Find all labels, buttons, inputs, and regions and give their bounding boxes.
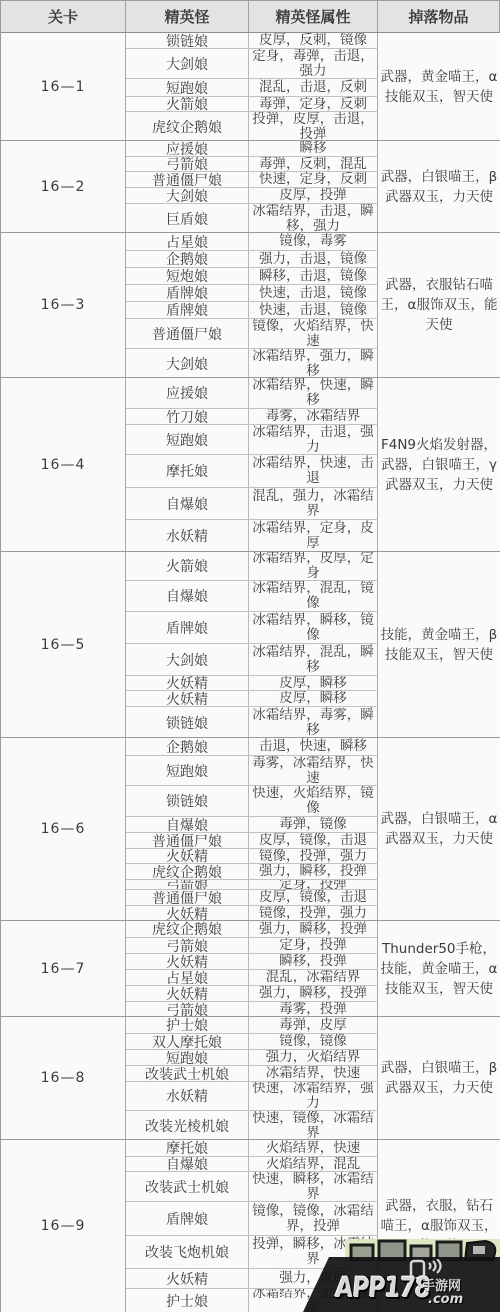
- monster-name-cell: 火妖精: [126, 849, 249, 863]
- level-cell: 16—8: [1, 1017, 126, 1139]
- section-16-6: 16—6企鹅娘击退，快速，瞬移短跑娘毒雾，冰霜结界，快速锁链娘快速，火焰结界，镜…: [1, 738, 500, 921]
- table-row: 火妖精镜像，投弹，强力: [126, 848, 378, 863]
- table-row: 火妖精强力，瞬移，投弹: [126, 985, 378, 1001]
- table-row: 水妖精快速，冰霜结界，强力: [126, 1081, 378, 1110]
- column-header: 掉落物品: [378, 1, 500, 32]
- column-header: 精英怪属性: [249, 1, 378, 32]
- monster-name-cell: 锁链娘: [126, 33, 249, 48]
- column-header: 关卡: [1, 1, 126, 32]
- table-row: 短跑娘混乱，击退，反刺: [126, 78, 378, 96]
- monster-attrs-text: 冰霜结界，混乱，瞬移: [249, 645, 377, 675]
- drop-items-cell: 武器，白银喵王，β武器双玉，力天使: [378, 141, 500, 232]
- monster-attrs-text: 毒弹，反刺，混乱: [257, 157, 369, 171]
- monster-attrs-cell: 快速，镜像，冰霜结界: [249, 1111, 378, 1139]
- drop-items-text: F4N9火焰发射器，武器，白银喵王，γ武器双玉，力天使: [378, 435, 500, 495]
- monster-attrs-text: 皮厚，瞬移: [277, 691, 349, 706]
- monster-attrs-cell: 混乱，冰霜结界: [249, 970, 378, 985]
- table-row: 护士娘毒弹，皮厚: [126, 1017, 378, 1033]
- level-cell: 16—6: [1, 738, 126, 920]
- monster-name-cell: 摩托娘: [126, 1140, 249, 1156]
- monster-attrs-cell: 镜像，镜像，冰霜结界，投弹: [249, 1202, 378, 1235]
- table-row: 大剑娘冰霜结界，强力，瞬移: [126, 348, 378, 377]
- monster-name-cell: 火妖精: [126, 691, 249, 706]
- table-row: 水妖精冰霜结界，定身，皮厚: [126, 519, 378, 551]
- section-16-2: 16—2应援娘瞬移弓箭娘毒弹，反刺，混乱普通僵尸娘快速，定身，反刺大剑娘皮厚，投…: [1, 141, 500, 233]
- monster-attrs-cell: 快速，冰霜结界，强力: [249, 1082, 378, 1110]
- monster-attrs-text: 毒雾，冰霜结界: [264, 409, 363, 424]
- table-row: 盾牌娘镜像，镜像，冰霜结界，投弹: [126, 1201, 378, 1235]
- monster-rows: 企鹅娘击退，快速，瞬移短跑娘毒雾，冰霜结界，快速锁链娘快速，火焰结界，镜像自爆娘…: [126, 738, 378, 920]
- table-row: 虎纹企鹅娘强力，瞬移，投弹: [126, 921, 378, 937]
- table-row: 弓箭娘毒雾，投弹: [126, 1001, 378, 1016]
- table-row: 盾牌娘快速，击退，镜像: [126, 301, 378, 318]
- monster-name-cell: 自爆娘: [126, 1157, 249, 1171]
- monster-name-cell: 短跑娘: [126, 79, 249, 96]
- monster-attrs-cell: 定身，毒弹，击退，强力: [249, 49, 378, 78]
- monster-name-cell: 普通僵尸娘: [126, 833, 249, 848]
- monster-attrs-cell: 皮厚，瞬移: [249, 676, 378, 690]
- monster-attrs-text: 冰霜结界，快速: [264, 1066, 363, 1081]
- monster-attrs-cell: 投弹，皮厚，击退，投弹: [249, 112, 378, 140]
- table-row: 虎纹企鹅娘强力，瞬移，投弹: [126, 863, 378, 879]
- monster-name-cell: 虎纹企鹅娘: [126, 112, 249, 140]
- monster-name-cell: 水妖精: [126, 520, 249, 551]
- monster-attrs-text: 皮厚，镜像，击退: [257, 833, 369, 848]
- monster-attrs-text: 冰霜结界，毒雾，瞬移: [249, 708, 377, 738]
- monster-attrs-text: 镜像，毒雾: [277, 234, 349, 249]
- monster-attrs-text: 强力，瞬移，投弹: [257, 986, 369, 1001]
- monster-name-cell: 普通僵尸娘: [126, 890, 249, 905]
- drop-items-text: 武器，黄金喵王，α技能双玉，智天使: [378, 67, 500, 107]
- monster-attrs-text: 冰霜结界，皮厚，定身: [249, 552, 377, 580]
- monster-name-cell: 火妖精: [126, 954, 249, 969]
- monster-name-cell: 应援娘: [126, 378, 249, 408]
- monster-attrs-text: 强力，击退，镜像: [257, 252, 369, 267]
- monster-attrs-text: 瞬移，投弹: [277, 954, 349, 969]
- table-row: 企鹅娘击退，快速，瞬移: [126, 738, 378, 755]
- monster-attrs-cell: 冰霜结界，瞬移，镜像: [249, 612, 378, 643]
- monster-attrs-text: 毒弹，定身，反刺: [257, 97, 369, 111]
- monster-name-cell: 改装飞炮机娘: [126, 1236, 249, 1268]
- monster-attrs-cell: 冰霜结界，快速，击退: [249, 455, 378, 487]
- table-row: 自爆娘混乱，强力，冰霜结界: [126, 487, 378, 519]
- monster-attrs-text: 强力，瞬移，投弹: [257, 864, 369, 879]
- monster-name-cell: 企鹅娘: [126, 251, 249, 267]
- monster-name-cell: 双人摩托娘: [126, 1034, 249, 1049]
- monster-attrs-cell: 毒雾，冰霜结界: [249, 409, 378, 424]
- monster-attrs-text: 快速，冰霜结界，强力: [249, 1082, 377, 1110]
- monster-attrs-cell: 快速，定身，反刺: [249, 172, 378, 187]
- monster-name-cell: 短跑娘: [126, 1050, 249, 1065]
- monster-attrs-text: 冰霜结界，瞬移，镜像: [249, 613, 377, 643]
- table-row: 应援娘瞬移: [126, 141, 378, 156]
- monster-name-cell: 虎纹企鹅娘: [126, 864, 249, 879]
- table-row: 火妖精镜像，投弹，强力: [126, 905, 378, 920]
- table-row: 普通僵尸娘快速，定身，反刺: [126, 171, 378, 187]
- level-cell: 16—5: [1, 552, 126, 737]
- table-row: 摩托娘火焰结界，快速: [126, 1140, 378, 1156]
- table-row: 自爆娘毒弹，镜像: [126, 816, 378, 832]
- drop-items-text: Thunder50手枪，技能，黄金喵王，α技能双玉，智天使: [378, 939, 500, 999]
- monster-attrs-cell: 快速，击退，镜像: [249, 302, 378, 318]
- monster-name-cell: 盾牌娘: [126, 612, 249, 643]
- monster-attrs-cell: 镜像，镜像: [249, 1034, 378, 1049]
- monster-attrs-cell: 定身，投弹: [249, 880, 378, 889]
- monster-attrs-text: 快速，火焰结界，镜像: [249, 786, 377, 816]
- monster-attrs-cell: 毒雾，冰霜结界，快速: [249, 756, 378, 785]
- monster-attrs-text: 镜像，投弹，强力: [257, 849, 369, 863]
- monster-attrs-cell: 强力，瞬移，投弹: [249, 864, 378, 879]
- monster-name-cell: 改装光棱机娘: [126, 1111, 249, 1139]
- table-body: 16—1锁链娘皮厚，反刺，镜像大剑娘定身，毒弹，击退，强力短跑娘混乱，击退，反刺…: [1, 33, 500, 1312]
- monster-name-cell: 弓箭娘: [126, 157, 249, 171]
- monster-attrs-text: 皮厚，瞬移: [277, 676, 349, 690]
- drop-items-text: 武器，白银喵王，β武器双玉，力天使: [378, 1058, 500, 1098]
- table-row: 改装武士机娘冰霜结界，快速: [126, 1065, 378, 1081]
- monster-attrs-text: 混乱，强力，冰霜结界: [249, 489, 377, 519]
- table-row: 摩托娘冰霜结界，快速，击退: [126, 454, 378, 487]
- monster-name-cell: 盾牌娘: [126, 285, 249, 301]
- monster-attrs-text: 混乱，击退，反刺: [257, 80, 369, 95]
- monster-attrs-text: 快速，击退，镜像: [257, 286, 369, 301]
- monster-name-cell: 火妖精: [126, 986, 249, 1001]
- drop-items-cell: 技能，黄金喵王，β技能双玉，智天使: [378, 552, 500, 737]
- table-row: 弓箭娘定身，投弹: [126, 879, 378, 889]
- table-row: 竹刀娘毒雾，冰霜结界: [126, 408, 378, 424]
- monster-name-cell: 火妖精: [126, 676, 249, 690]
- monster-attrs-text: 冰霜结界，击退，强力: [249, 425, 377, 454]
- monster-name-cell: 短跑娘: [126, 425, 249, 454]
- monster-attrs-cell: 镜像，毒雾: [249, 233, 378, 250]
- monster-attrs-text: 快速，定身，反刺: [257, 172, 369, 187]
- monster-attrs-text: 击退，快速，瞬移: [257, 739, 369, 754]
- monster-name-cell: 普通僵尸娘: [126, 319, 249, 348]
- monster-attrs-text: 皮厚，反刺，镜像: [257, 33, 369, 48]
- monster-name-cell: 普通僵尸娘: [126, 172, 249, 187]
- monster-attrs-text: 定身，投弹: [277, 938, 349, 953]
- monster-attrs-cell: 毒弹，反刺，混乱: [249, 157, 378, 171]
- table-row: 短跑娘强力，火焰结界: [126, 1049, 378, 1065]
- section-16-7: 16—7虎纹企鹅娘强力，瞬移，投弹弓箭娘定身，投弹火妖精瞬移，投弹占星娘混乱，冰…: [1, 921, 500, 1017]
- monster-attrs-cell: 瞬移: [249, 141, 378, 156]
- section-16-3: 16—3占星娘镜像，毒雾企鹅娘强力，击退，镜像短炮娘瞬移，击退，镜像盾牌娘快速，…: [1, 233, 500, 378]
- monster-attrs-text: 皮厚，投弹: [277, 188, 349, 203]
- monster-name-cell: 弓箭娘: [126, 938, 249, 953]
- monster-attrs-text: 瞬移，击退，镜像: [257, 269, 369, 284]
- monster-name-cell: 大剑娘: [126, 349, 249, 377]
- monster-attrs-text: 皮厚，镜像，击退: [257, 890, 369, 905]
- table-row: 短跑娘冰霜结界，击退，强力: [126, 424, 378, 454]
- monster-attrs-text: 强力，火焰结界: [264, 1050, 363, 1065]
- drop-items-text: 武器，衣服钻石喵王，α服饰双玉，能天使: [378, 275, 500, 335]
- monster-attrs-cell: 快速，瞬移，冰霜结界: [249, 1172, 378, 1201]
- table-row: 弓箭娘定身，投弹: [126, 937, 378, 953]
- table-row: 企鹅娘强力，击退，镜像: [126, 250, 378, 267]
- monster-name-cell: 巨盾娘: [126, 204, 249, 232]
- monster-attrs-cell: 冰霜结界，快速，瞬移: [249, 378, 378, 408]
- monster-attrs-text: 镜像，镜像，冰霜结界，投弹: [249, 1204, 377, 1234]
- monster-attrs-cell: 毒弹，定身，反刺: [249, 97, 378, 111]
- monster-attrs-cell: 冰霜结界，快速: [249, 1066, 378, 1081]
- table-row: 火箭娘冰霜结界，皮厚，定身: [126, 552, 378, 580]
- level-cell: 16—3: [1, 233, 126, 377]
- monster-attrs-cell: 快速，火焰结界，镜像: [249, 786, 378, 816]
- monster-attrs-cell: 皮厚，瞬移: [249, 691, 378, 706]
- table-row: 双人摩托娘镜像，镜像: [126, 1033, 378, 1049]
- monster-name-cell: 弓箭娘: [126, 1002, 249, 1016]
- monster-name-cell: 火箭娘: [126, 97, 249, 111]
- watermark-badge: APP178 手游网 .com: [303, 1257, 500, 1312]
- monster-name-cell: 护士娘: [126, 1289, 249, 1312]
- monster-name-cell: 锁链娘: [126, 707, 249, 737]
- table-row: 占星娘混乱，冰霜结界: [126, 969, 378, 985]
- monster-attrs-cell: 皮厚，镜像，击退: [249, 833, 378, 848]
- monster-attrs-cell: 毒雾，投弹: [249, 1002, 378, 1016]
- table-row: 自爆娘冰霜结界，混乱，镜像: [126, 580, 378, 611]
- monster-attrs-text: 毒弹，镜像: [277, 817, 349, 832]
- column-header: 精英怪: [126, 1, 249, 32]
- table-row: 改装光棱机娘快速，镜像，冰霜结界: [126, 1110, 378, 1139]
- drop-items-cell: 武器，白银喵王，α武器双玉，力天使: [378, 738, 500, 920]
- monster-attrs-cell: 皮厚，投弹: [249, 188, 378, 203]
- watermark-brand-text: APP178: [334, 1271, 431, 1304]
- monster-attrs-cell: 火焰结界，混乱: [249, 1157, 378, 1171]
- monster-attrs-text: 强力，瞬移，投弹: [257, 922, 369, 937]
- monster-name-cell: 火箭娘: [126, 552, 249, 580]
- monster-rows: 应援娘冰霜结界，快速，瞬移竹刀娘毒雾，冰霜结界短跑娘冰霜结界，击退，强力摩托娘冰…: [126, 378, 378, 551]
- section-16-4: 16—4应援娘冰霜结界，快速，瞬移竹刀娘毒雾，冰霜结界短跑娘冰霜结界，击退，强力…: [1, 378, 500, 552]
- section-16-1: 16—1锁链娘皮厚，反刺，镜像大剑娘定身，毒弹，击退，强力短跑娘混乱，击退，反刺…: [1, 33, 500, 141]
- monster-rows: 占星娘镜像，毒雾企鹅娘强力，击退，镜像短炮娘瞬移，击退，镜像盾牌娘快速，击退，镜…: [126, 233, 378, 377]
- table-row: 大剑娘定身，毒弹，击退，强力: [126, 48, 378, 78]
- watermark-domain-suffix: .com: [428, 1292, 463, 1307]
- monster-attrs-cell: 瞬移，投弹: [249, 954, 378, 969]
- monster-attrs-text: 定身，投弹: [277, 880, 349, 889]
- monster-attrs-cell: 冰霜结界，皮厚，定身: [249, 552, 378, 580]
- table-row: 虎纹企鹅娘投弹，皮厚，击退，投弹: [126, 111, 378, 140]
- monster-name-cell: 自爆娘: [126, 488, 249, 519]
- monster-name-cell: 自爆娘: [126, 581, 249, 611]
- drop-items-text: 技能，黄金喵王，β技能双玉，智天使: [378, 625, 500, 665]
- monster-name-cell: 改装武士机娘: [126, 1066, 249, 1081]
- monster-attrs-cell: 冰霜结界，毒雾，瞬移: [249, 707, 378, 737]
- table-row: 火妖精瞬移，投弹: [126, 953, 378, 969]
- monster-attrs-cell: 冰霜结界，混乱，瞬移: [249, 644, 378, 675]
- level-cell: 16—7: [1, 921, 126, 1016]
- monster-attrs-text: 火焰结界，快速: [264, 1141, 363, 1156]
- monster-attrs-cell: 混乱，击退，反刺: [249, 79, 378, 96]
- table-row: 火箭娘毒弹，定身，反刺: [126, 96, 378, 111]
- monster-name-cell: 盾牌娘: [126, 302, 249, 318]
- monster-attrs-text: 冰霜结界，混乱，镜像: [249, 581, 377, 611]
- monster-attrs-cell: 强力，瞬移，投弹: [249, 921, 378, 937]
- drop-items-text: 武器，白银喵王，α武器双玉，力天使: [378, 809, 500, 849]
- monster-attrs-text: 快速，瞬移，冰霜结界: [249, 1172, 377, 1201]
- monster-attrs-cell: 火焰结界，快速: [249, 1140, 378, 1156]
- monster-attrs-cell: 击退，快速，瞬移: [249, 738, 378, 755]
- table-row: 巨盾娘冰霜结界，击退，瞬移，强力: [126, 203, 378, 232]
- monster-attrs-text: 混乱，冰霜结界: [264, 970, 363, 985]
- monster-attrs-cell: 皮厚，镜像，击退: [249, 890, 378, 905]
- monster-attrs-cell: 镜像，投弹，强力: [249, 849, 378, 863]
- table-row: 改装武士机娘快速，瞬移，冰霜结界: [126, 1171, 378, 1201]
- section-16-5: 16—5火箭娘冰霜结界，皮厚，定身自爆娘冰霜结界，混乱，镜像盾牌娘冰霜结界，瞬移…: [1, 552, 500, 738]
- monster-attrs-cell: 冰霜结界，击退，强力: [249, 425, 378, 454]
- monster-name-cell: 短炮娘: [126, 268, 249, 284]
- monster-name-cell: 大剑娘: [126, 188, 249, 203]
- table-row: 火妖精皮厚，瞬移: [126, 675, 378, 690]
- monster-attrs-text: 镜像，投弹，强力: [257, 906, 369, 920]
- monster-name-cell: 短跑娘: [126, 756, 249, 785]
- monster-name-cell: 占星娘: [126, 233, 249, 250]
- level-cell: 16—1: [1, 33, 126, 140]
- drop-items-text: 武器，白银喵王，β武器双玉，力天使: [378, 167, 500, 207]
- monster-attrs-text: 镜像，镜像: [277, 1034, 349, 1049]
- table-row: 普通僵尸娘皮厚，镜像，击退: [126, 889, 378, 905]
- screenshot-root: 关卡精英怪精英怪属性掉落物品 16—1锁链娘皮厚，反刺，镜像大剑娘定身，毒弹，击…: [0, 0, 500, 1312]
- table-row: 普通僵尸娘镜像，火焰结界，快速: [126, 318, 378, 348]
- monster-attrs-cell: 皮厚，反刺，镜像: [249, 33, 378, 48]
- monster-attrs-cell: 瞬移，击退，镜像: [249, 268, 378, 284]
- monster-attrs-text: 快速，镜像，冰霜结界: [249, 1111, 377, 1139]
- monster-name-cell: 火妖精: [126, 1269, 249, 1288]
- section-16-8: 16—8护士娘毒弹，皮厚双人摩托娘镜像，镜像短跑娘强力，火焰结界改装武士机娘冰霜…: [1, 1017, 500, 1140]
- monster-name-cell: 火妖精: [126, 906, 249, 920]
- monster-attrs-cell: 镜像，投弹，强力: [249, 906, 378, 920]
- monster-rows: 锁链娘皮厚，反刺，镜像大剑娘定身，毒弹，击退，强力短跑娘混乱，击退，反刺火箭娘毒…: [126, 33, 378, 140]
- drop-items-cell: 武器，白银喵王，β武器双玉，力天使: [378, 1017, 500, 1139]
- table-row: 占星娘镜像，毒雾: [126, 233, 378, 250]
- table-row: 锁链娘快速，火焰结界，镜像: [126, 785, 378, 816]
- drop-items-cell: F4N9火焰发射器，武器，白银喵王，γ武器双玉，力天使: [378, 378, 500, 551]
- table-header-row: 关卡精英怪精英怪属性掉落物品: [1, 1, 500, 33]
- monster-attrs-text: 火焰结界，混乱: [264, 1157, 363, 1171]
- monster-name-cell: 水妖精: [126, 1082, 249, 1110]
- monster-name-cell: 大剑娘: [126, 49, 249, 78]
- table-row: 盾牌娘快速，击退，镜像: [126, 284, 378, 301]
- drop-items-cell: Thunder50手枪，技能，黄金喵王，α技能双玉，智天使: [378, 921, 500, 1016]
- monster-name-cell: 锁链娘: [126, 786, 249, 816]
- monster-name-cell: 企鹅娘: [126, 738, 249, 755]
- monster-name-cell: 占星娘: [126, 970, 249, 985]
- monster-attrs-cell: 混乱，强力，冰霜结界: [249, 488, 378, 519]
- monster-name-cell: 摩托娘: [126, 455, 249, 487]
- monster-name-cell: 自爆娘: [126, 817, 249, 832]
- monster-attrs-cell: 冰霜结界，强力，瞬移: [249, 349, 378, 377]
- monster-name-cell: 盾牌娘: [126, 1202, 249, 1235]
- monster-attrs-text: 冰霜结界，快速，击退: [249, 456, 377, 486]
- monster-attrs-cell: 快速，击退，镜像: [249, 285, 378, 301]
- monster-name-cell: 护士娘: [126, 1017, 249, 1033]
- table-row: 自爆娘火焰结界，混乱: [126, 1156, 378, 1171]
- monster-attrs-cell: 强力，击退，镜像: [249, 251, 378, 267]
- monster-attrs-cell: 强力，火焰结界: [249, 1050, 378, 1065]
- monster-attrs-text: 毒雾，投弹: [277, 1002, 349, 1016]
- monster-attrs-cell: 毒弹，皮厚: [249, 1017, 378, 1033]
- monster-name-cell: 虎纹企鹅娘: [126, 921, 249, 937]
- table-row: 锁链娘冰霜结界，毒雾，瞬移: [126, 706, 378, 737]
- monster-rows: 虎纹企鹅娘强力，瞬移，投弹弓箭娘定身，投弹火妖精瞬移，投弹占星娘混乱，冰霜结界火…: [126, 921, 378, 1016]
- monster-attrs-text: 瞬移: [298, 141, 329, 156]
- monster-attrs-cell: 冰霜结界，定身，皮厚: [249, 520, 378, 551]
- monster-rows: 护士娘毒弹，皮厚双人摩托娘镜像，镜像短跑娘强力，火焰结界改装武士机娘冰霜结界，快…: [126, 1017, 378, 1139]
- level-cell: 16—2: [1, 141, 126, 232]
- monster-name-cell: 大剑娘: [126, 644, 249, 675]
- table-row: 火妖精皮厚，瞬移: [126, 690, 378, 706]
- monster-attrs-text: 冰霜结界，快速，瞬移: [249, 378, 377, 408]
- monster-attrs-text: 投弹，皮厚，击退，投弹: [249, 112, 377, 140]
- monster-attrs-cell: 定身，投弹: [249, 938, 378, 953]
- monster-attrs-text: 冰霜结界，定身，皮厚: [249, 521, 377, 551]
- drop-items-cell: 武器，黄金喵王，α技能双玉，智天使: [378, 33, 500, 140]
- table-row: 锁链娘皮厚，反刺，镜像: [126, 33, 378, 48]
- table-row: 大剑娘冰霜结界，混乱，瞬移: [126, 643, 378, 675]
- monster-name-cell: 改装武士机娘: [126, 1172, 249, 1201]
- table-row: 弓箭娘毒弹，反刺，混乱: [126, 156, 378, 171]
- level-cell: 16—9: [1, 1140, 126, 1312]
- drop-items-cell: 武器，衣服钻石喵王，α服饰双玉，能天使: [378, 233, 500, 377]
- monster-name-cell: 应援娘: [126, 141, 249, 156]
- monster-name-cell: 弓箭娘: [126, 880, 249, 889]
- monster-attrs-cell: 冰霜结界，击退，瞬移，强力: [249, 204, 378, 232]
- monster-attrs-text: 毒弹，皮厚: [277, 1018, 349, 1033]
- level-cell: 16—4: [1, 378, 126, 551]
- table-row: 盾牌娘冰霜结界，瞬移，镜像: [126, 611, 378, 643]
- monster-rows: 应援娘瞬移弓箭娘毒弹，反刺，混乱普通僵尸娘快速，定身，反刺大剑娘皮厚，投弹巨盾娘…: [126, 141, 378, 232]
- monster-name-cell: 竹刀娘: [126, 409, 249, 424]
- monster-attrs-text: 快速，击退，镜像: [257, 303, 369, 318]
- monster-attrs-text: 冰霜结界，强力，瞬移: [249, 349, 377, 377]
- table-row: 大剑娘皮厚，投弹: [126, 187, 378, 203]
- monster-rows: 火箭娘冰霜结界，皮厚，定身自爆娘冰霜结界，混乱，镜像盾牌娘冰霜结界，瞬移，镜像大…: [126, 552, 378, 737]
- table-row: 短炮娘瞬移，击退，镜像: [126, 267, 378, 284]
- monster-attrs-text: 毒雾，冰霜结界，快速: [249, 756, 377, 785]
- monster-attrs-text: 定身，毒弹，击退，强力: [249, 49, 377, 78]
- monster-attrs-cell: 冰霜结界，混乱，镜像: [249, 581, 378, 611]
- monster-attrs-cell: 强力，瞬移，投弹: [249, 986, 378, 1001]
- table-row: 短跑娘毒雾，冰霜结界，快速: [126, 755, 378, 785]
- monster-attrs-cell: 毒弹，镜像: [249, 817, 378, 832]
- table-row: 普通僵尸娘皮厚，镜像，击退: [126, 832, 378, 848]
- drop-table: 关卡精英怪精英怪属性掉落物品 16—1锁链娘皮厚，反刺，镜像大剑娘定身，毒弹，击…: [0, 0, 500, 1312]
- monster-attrs-text: 镜像，火焰结界，快速: [249, 319, 377, 348]
- monster-attrs-text: 冰霜结界，击退，瞬移，强力: [249, 204, 377, 232]
- table-row: 应援娘冰霜结界，快速，瞬移: [126, 378, 378, 408]
- monster-attrs-cell: 镜像，火焰结界，快速: [249, 319, 378, 348]
